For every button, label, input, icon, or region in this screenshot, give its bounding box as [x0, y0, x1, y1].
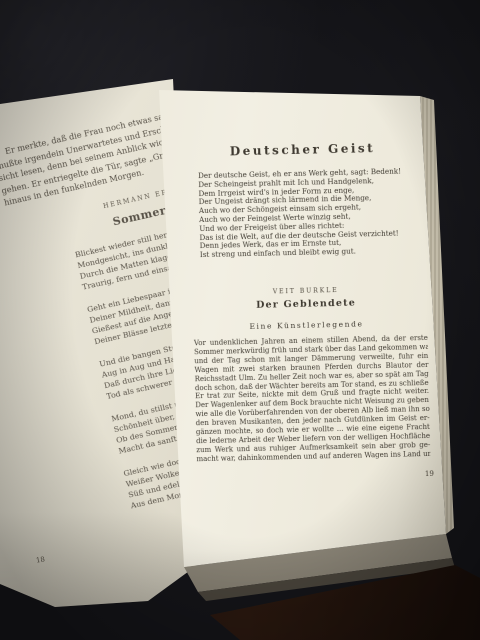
right-page-content: Deutscher Geist Der deutsche Geist, eh e… — [158, 78, 453, 465]
story-prose: Vor undenklichen Jahren an einem stillen… — [194, 334, 431, 464]
story-subtitle: Eine Künstlerlegende — [163, 317, 449, 332]
poem-body: Der deutsche Geist, eh er ans Werk geht,… — [198, 166, 448, 260]
poem-heading: Deutscher Geist — [159, 139, 445, 159]
book-photo: Er merkte, daß die Frau noch etwas sagen… — [0, 0, 480, 640]
story-title: Der Geblendete — [163, 295, 449, 312]
right-page-number: 19 — [425, 470, 434, 478]
